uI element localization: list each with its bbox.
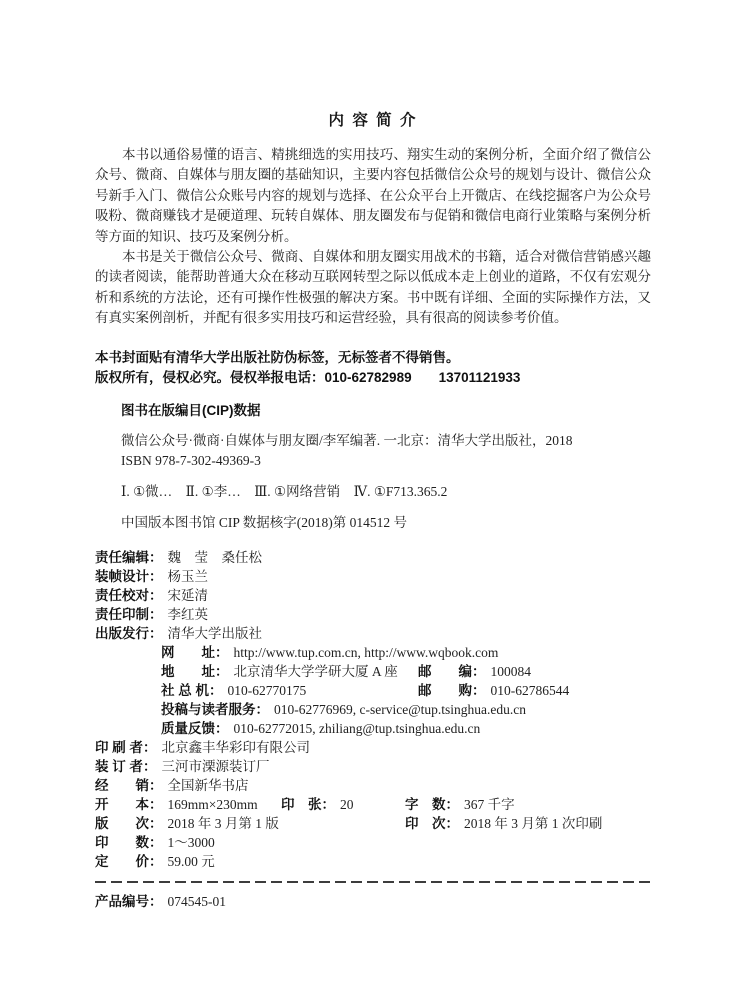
- page-content: 内 容 简 介 本书以通俗易懂的语言、精挑细选的实用技巧、翔实生动的案例分析，全…: [95, 0, 651, 912]
- publisher-value: 清华大学出版社: [168, 626, 263, 641]
- quality-feedback-value: 010-62772015, zhiliang@tup.tsinghua.edu.…: [234, 721, 481, 736]
- reader-service-value: 010-62776969, c-service@tup.tsinghua.edu…: [274, 702, 526, 717]
- website-value: http://www.tup.com.cn, http://www.wqbook…: [234, 645, 499, 660]
- mail-order-label: 邮 购：: [418, 683, 486, 698]
- switchboard-row: 社 总 机：010-62770175 邮 购：010-62786544: [95, 681, 651, 700]
- intro-section: 本书以通俗易懂的语言、精挑细选的实用技巧、翔实生动的案例分析，全面介绍了微信公众…: [95, 145, 651, 329]
- postcode-cell: 邮 编：100084: [418, 662, 531, 681]
- printer-label: 印 刷 者：: [95, 740, 157, 755]
- edition-row: 版 次：2018 年 3 月第 1 版 印 次：2018 年 3 月第 1 次印…: [95, 814, 651, 833]
- impression-cell: 印 次：2018 年 3 月第 1 次印刷: [405, 814, 602, 833]
- cip-classification: Ⅰ. ①微… Ⅱ. ①李… Ⅲ. ①网络营销 Ⅳ. ①F713.365.2: [121, 482, 651, 502]
- cip-header: 图书在版编目(CIP)数据: [121, 401, 651, 421]
- word-count-cell: 字 数：367 千字: [405, 795, 515, 814]
- cip-section: 图书在版编目(CIP)数据 微信公众号·微商·自媒体与朋友圈/李军编著. 一北京…: [95, 401, 651, 533]
- cip-description: 微信公众号·微商·自媒体与朋友圈/李军编著. 一北京：清华大学出版社，2018: [121, 431, 651, 451]
- binder-value: 三河市溧源装订厂: [162, 759, 270, 774]
- binder-label: 装 订 者：: [95, 759, 157, 774]
- format-label: 开 本：: [95, 797, 163, 812]
- reader-service-row: 投稿与读者服务：010-62776969, c-service@tup.tsin…: [95, 700, 651, 719]
- print-supervisor-row: 责任印制：李红英: [95, 605, 651, 624]
- reader-service-label: 投稿与读者服务：: [161, 702, 269, 717]
- switchboard-label: 社 总 机：: [161, 683, 223, 698]
- publisher-row: 出版发行：清华大学出版社: [95, 624, 651, 643]
- design-value: 杨玉兰: [168, 569, 209, 584]
- editor-value: 魏 莹 桑任松: [168, 550, 263, 565]
- proofreader-value: 宋延清: [168, 588, 209, 603]
- intro-paragraph-2: 本书是关于微信公众号、微商、自媒体和朋友圈实用战术的书籍，适合对微信营销感兴趣的…: [95, 247, 651, 329]
- proofreader-row: 责任校对：宋延清: [95, 586, 651, 605]
- sheets-value: 20: [340, 797, 354, 812]
- copyright-page: 内 容 简 介 本书以通俗易懂的语言、精挑细选的实用技巧、翔实生动的案例分析，全…: [0, 0, 742, 1000]
- price-value: 59.00 元: [168, 854, 215, 869]
- intro-paragraph-1: 本书以通俗易懂的语言、精挑细选的实用技巧、翔实生动的案例分析，全面介绍了微信公众…: [95, 145, 651, 247]
- binder-row: 装 订 者：三河市溧源装订厂: [95, 757, 651, 776]
- word-count-value: 367 千字: [464, 797, 515, 812]
- distributor-row: 经 销：全国新华书店: [95, 776, 651, 795]
- colophon-section: 责任编辑：魏 莹 桑任松 装帧设计：杨玉兰 责任校对：宋延清 责任印制：李红英 …: [95, 548, 651, 871]
- proofreader-label: 责任校对：: [95, 588, 163, 603]
- printer-value: 北京鑫丰华彩印有限公司: [162, 740, 311, 755]
- impression-value: 2018 年 3 月第 1 次印刷: [464, 816, 602, 831]
- print-supervisor-value: 李红英: [168, 607, 209, 622]
- mail-order-value: 010-62786544: [491, 683, 570, 698]
- sheets-label: 印 张：: [281, 797, 335, 812]
- page-title: 内 容 简 介: [95, 0, 651, 130]
- address-label: 地 址：: [161, 664, 229, 679]
- website-label: 网 址：: [161, 645, 229, 660]
- dashed-divider: [95, 881, 651, 883]
- price-row: 定 价：59.00 元: [95, 852, 651, 871]
- editor-row: 责任编辑：魏 莹 桑任松: [95, 548, 651, 567]
- design-row: 装帧设计：杨玉兰: [95, 567, 651, 586]
- printer-row: 印 刷 者：北京鑫丰华彩印有限公司: [95, 738, 651, 757]
- print-run-label: 印 数：: [95, 835, 163, 850]
- distributor-label: 经 销：: [95, 778, 163, 793]
- product-number-value: 074545-01: [168, 894, 227, 909]
- design-label: 装帧设计：: [95, 569, 163, 584]
- publisher-label: 出版发行：: [95, 626, 163, 641]
- impression-label: 印 次：: [405, 816, 459, 831]
- address-row: 地 址：北京清华大学学研大厦 A 座 邮 编：100084: [95, 662, 651, 681]
- cip-isbn: ISBN 978-7-302-49369-3: [121, 451, 651, 471]
- copyright-hotline-line: 版权所有，侵权必究。侵权举报电话：010-62782989 1370112193…: [95, 368, 651, 389]
- print-run-row: 印 数：1～3000: [95, 833, 651, 852]
- editor-label: 责任编辑：: [95, 550, 163, 565]
- cip-record-number: 中国版本图书馆 CIP 数据核字(2018)第 014512 号: [121, 513, 651, 533]
- edition-value: 2018 年 3 月第 1 版: [168, 816, 279, 831]
- postcode-value: 100084: [491, 664, 532, 679]
- format-row: 开 本：169mm×230mm 印 张：20 字 数：367 千字: [95, 795, 651, 814]
- switchboard-value: 010-62770175: [228, 683, 307, 698]
- print-supervisor-label: 责任印制：: [95, 607, 163, 622]
- anti-counterfeit-line: 本书封面贴有清华大学出版社防伪标签，无标签者不得销售。: [95, 348, 651, 369]
- word-count-label: 字 数：: [405, 797, 459, 812]
- sheets-cell: 印 张：20: [281, 795, 354, 814]
- anti-piracy-notice: 本书封面贴有清华大学出版社防伪标签，无标签者不得销售。 版权所有，侵权必究。侵权…: [95, 348, 651, 389]
- distributor-value: 全国新华书店: [168, 778, 249, 793]
- product-number-label: 产品编号：: [95, 894, 163, 909]
- website-row: 网 址：http://www.tup.com.cn, http://www.wq…: [95, 643, 651, 662]
- mail-order-cell: 邮 购：010-62786544: [418, 681, 569, 700]
- quality-feedback-label: 质量反馈：: [161, 721, 229, 736]
- postcode-label: 邮 编：: [418, 664, 486, 679]
- format-value: 169mm×230mm: [168, 797, 258, 812]
- product-number-row: 产品编号：074545-01: [95, 892, 651, 912]
- edition-label: 版 次：: [95, 816, 163, 831]
- address-value: 北京清华大学学研大厦 A 座: [234, 664, 398, 679]
- print-run-value: 1～3000: [168, 835, 215, 850]
- price-label: 定 价：: [95, 854, 163, 869]
- quality-feedback-row: 质量反馈：010-62772015, zhiliang@tup.tsinghua…: [95, 719, 651, 738]
